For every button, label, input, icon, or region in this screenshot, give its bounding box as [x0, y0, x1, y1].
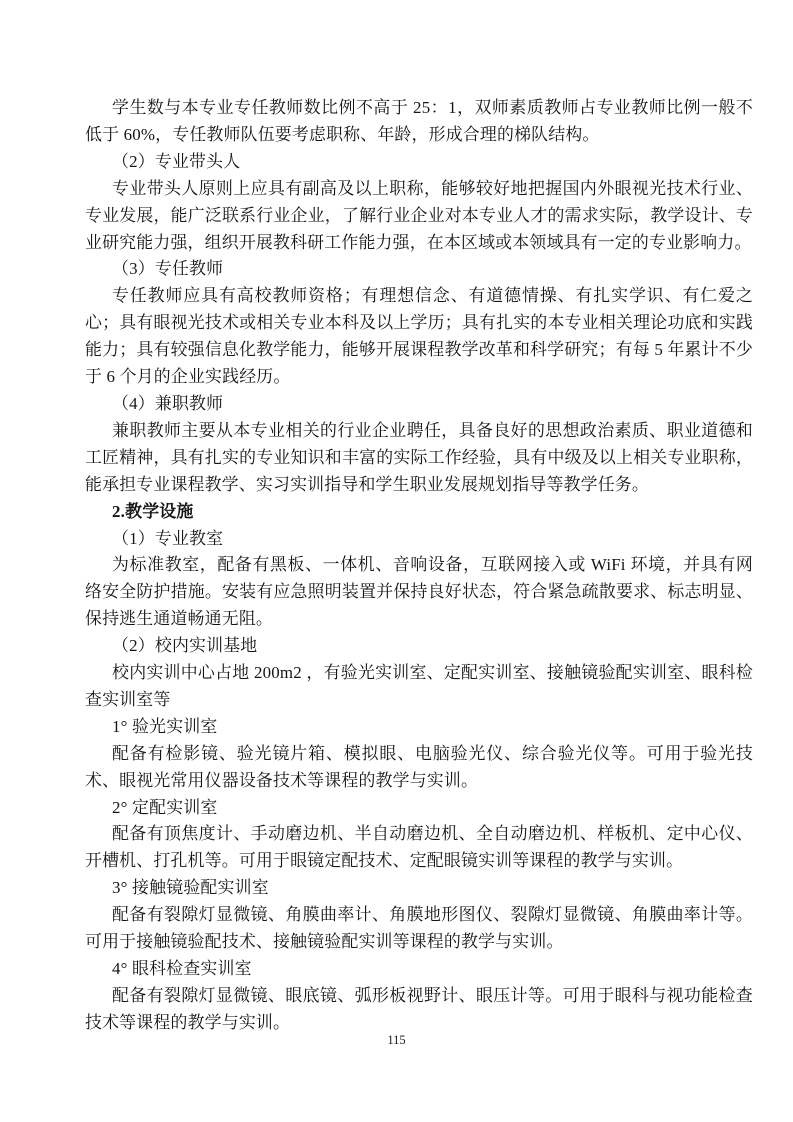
page-number: 115 [387, 1033, 405, 1047]
document-page: 学生数与本专业专任教师数比例不高于 25：1，双师素质教师占专业教师比例一般不低… [0, 0, 793, 1122]
document-body: 学生数与本专业专任教师数比例不高于 25：1，双师素质教师占专业教师比例一般不低… [85, 95, 753, 1037]
paragraph: 4° 眼科检查实训室 [85, 956, 753, 983]
paragraph: 学生数与本专业专任教师数比例不高于 25：1，双师素质教师占专业教师比例一般不低… [85, 95, 753, 149]
paragraph: 配备有裂隙灯显微镜、角膜曲率计、角膜地形图仪、裂隙灯显微镜、角膜曲率计等。可用于… [85, 902, 753, 956]
paragraph: 为标准教室，配备有黑板、一体机、音响设备，互联网接入或 WiFi 环境，并具有网… [85, 552, 753, 633]
paragraph: 专业带头人原则上应具有副高及以上职称，能够较好地把握国内外眼视光技术行业、专业发… [85, 176, 753, 257]
paragraph: （3）专任教师 [85, 256, 753, 283]
paragraph: 2° 定配实训室 [85, 795, 753, 822]
paragraph: （2）专业带头人 [85, 149, 753, 176]
paragraph: 校内实训中心占地 200m2 ，有验光实训室、定配实训室、接触镜验配实训室、眼科… [85, 660, 753, 714]
paragraph: 配备有顶焦度计、手动磨边机、半自动磨边机、全自动磨边机、样板机、定中心仪、开槽机… [85, 821, 753, 875]
paragraph: 配备有检影镜、验光镜片箱、模拟眼、电脑验光仪、综合验光仪等。可用于验光技术、眼视… [85, 741, 753, 795]
paragraph: 配备有裂隙灯显微镜、眼底镜、弧形板视野计、眼压计等。可用于眼科与视功能检查技术等… [85, 983, 753, 1037]
paragraph: （1）专业教室 [85, 526, 753, 553]
paragraph: （2）校内实训基地 [85, 633, 753, 660]
paragraph: （4）兼职教师 [85, 391, 753, 418]
page-footer: 115 [0, 1033, 793, 1047]
paragraph: 专任教师应具有高校教师资格；有理想信念、有道德情操、有扎实学识、有仁爱之心；具有… [85, 283, 753, 391]
paragraph: 3° 接触镜验配实训室 [85, 875, 753, 902]
paragraph: 1° 验光实训室 [85, 714, 753, 741]
section-heading: 2.教学设施 [85, 499, 753, 526]
paragraph: 兼职教师主要从本专业相关的行业企业聘任，具备良好的思想政治素质、职业道德和工匠精… [85, 418, 753, 499]
